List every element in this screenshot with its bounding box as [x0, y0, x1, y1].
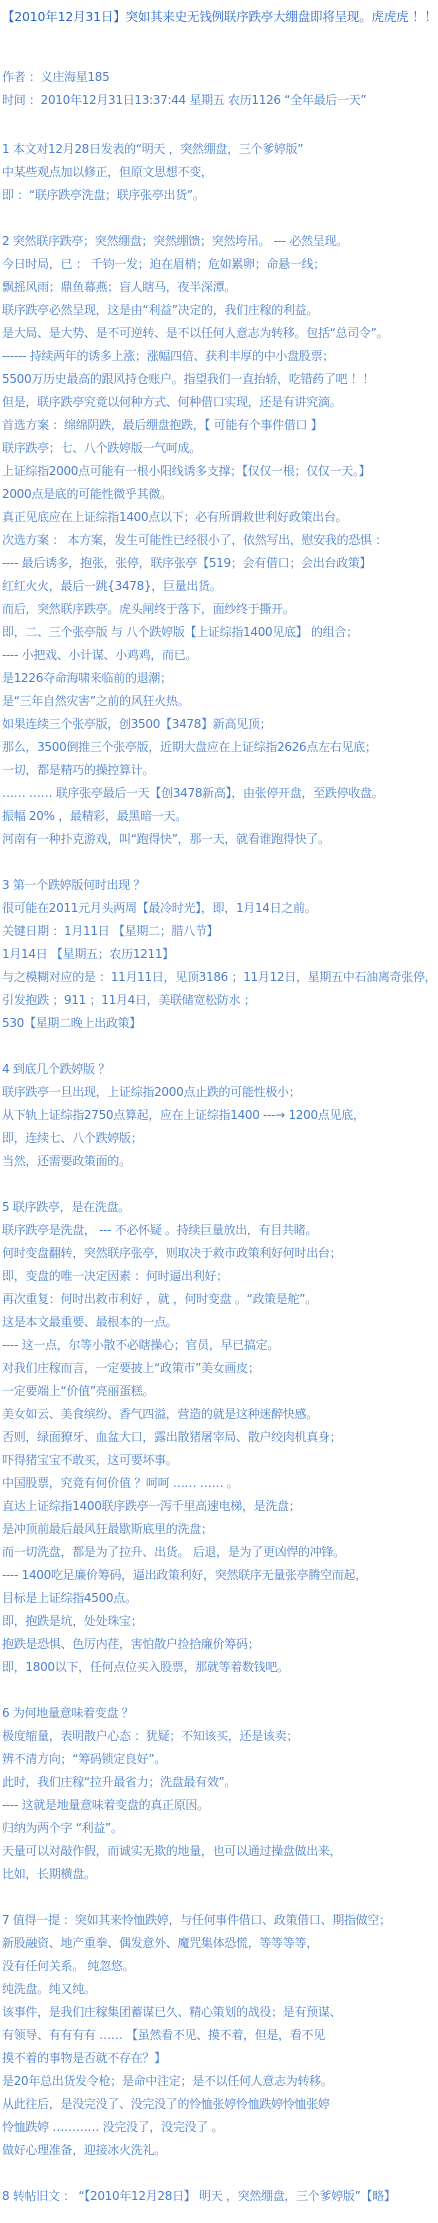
paragraph-line: 一切，都是精巧的操控算计。 — [2, 759, 436, 782]
paragraph-line: 联序跌亭必然呈现，这是由“利益”决定的，我们庄稼的利益。 — [2, 299, 436, 322]
paragraph-line: 那么，3500倒推三个张亭版，近期大盘应在上证综指2626点左右见底； — [2, 736, 436, 759]
section-heading-line: 3 第一个跌婷版何时出现 ？ — [2, 874, 436, 897]
paragraph-line: 飘摇风雨；鼎鱼幕燕；盲人瞎马，夜半深潭。 — [2, 276, 436, 299]
section-heading-line: 1 本文对12月28日发表的“明天 ，突然绷盘，三个爹婷版” — [2, 138, 436, 161]
time-line: 时间 ：2010年12月31日13:37:44 星期五 农历1126 “全年最后… — [2, 89, 436, 112]
article: 【2010年12月31日】突如其来史无钱例联序跌亭大绷盘即将呈现。虎虎虎 ！！！… — [0, 0, 438, 2208]
paragraph-line: 今日时局，已 ： 千钧一发；迫在眉梢；危如累卵；命悬一线； — [2, 253, 436, 276]
section-8: 8 转帖旧文 ： “【2010年12月28日】 明天 ，突然绷盘，三个爹婷版”【… — [2, 2185, 436, 2208]
section-6: 6 为何地量意味着变盘 ？极度缩量，表明散户心态 ：犹疑；不知该买，还是该卖；辨… — [2, 1702, 436, 1886]
paragraph-line: 怜恤跌婷 ………… 没完没了，没完没了 。 — [2, 2116, 436, 2139]
article-meta: 作者 ：义庄海星185 时间 ：2010年12月31日13:37:44 星期五 … — [2, 66, 436, 112]
paragraph-line: 吓得猪宝宝不敢买，这可要坏事。 — [2, 1449, 436, 1472]
paragraph-line: 辨不清方向；“筹码锁定良好”。 — [2, 1748, 436, 1771]
paragraph-line: 目标是上证综指4500点。 — [2, 1587, 436, 1610]
section-1: 1 本文对12月28日发表的“明天 ，突然绷盘，三个爹婷版”中某些观点加以修正，… — [2, 138, 436, 207]
paragraph-line: 但是，联序跌亭究竟以何种方式、何种借口实现，还是有讲究滴。 — [2, 391, 436, 414]
paragraph-line: ---- 小把戏、小计谋、小鸡鸡，而已。 — [2, 644, 436, 667]
section-7: 7 值得一提 ：突如其来怜恤跌婷，与任何事件借口、政策借口、期指做空；新股融资、… — [2, 1909, 436, 2162]
section-heading-line: 6 为何地量意味着变盘 ？ — [2, 1702, 436, 1725]
section-4: 4 到底几个跌婷版 ？联序跌亭一旦出现，上证综指2000点止跌的可能性极小；从下… — [2, 1058, 436, 1173]
paragraph-line: 中国股票，究竟有何价值 ？呵呵 …… …… 。 — [2, 1472, 436, 1495]
paragraph-line: 直达上证综指1400联序跌亭一泻千里高速电梯，是洗盘； — [2, 1495, 436, 1518]
paragraph-line: 中某些观点加以修正，但原文思想不变， — [2, 161, 436, 184]
paragraph-line: 振幅 20% ，最精彩，最黑暗一天。 — [2, 805, 436, 828]
paragraph-line: 此时，我们庄稼“拉升最省力；洗盘最有效”。 — [2, 1771, 436, 1794]
paragraph-line: 对我们庄稼而言，一定要披上“政策市”美女画皮； — [2, 1357, 436, 1380]
paragraph-line: 次选方案 ： 本方案，发生可能性已经很小了，依然写出，慰安我的恐惧 ： — [2, 529, 436, 552]
paragraph-line: 极度缩量，表明散户心态 ：犹疑；不知该买，还是该卖； — [2, 1725, 436, 1748]
paragraph-line: 如果连续三个张亭版，创3500【3478】新高见顶； — [2, 713, 436, 736]
paragraph-line: 是冲顶前最后最风狂最歇斯底里的洗盘； — [2, 1518, 436, 1541]
section-heading-line: 2 突然联序跌亭；突然绷盘；突然绷馈；突然垮吊。 --- 必然呈现。 — [2, 230, 436, 253]
paragraph-line: 抱跌是恐惧、色厉内荏，害怕散户捡拾廉价筹码； — [2, 1633, 436, 1656]
paragraph-line: 引发抱跌 ；911 ；11月4日，美联储宽松防水 ； — [2, 989, 436, 1012]
paragraph-line: 联序跌亭；七、八个跌婷版一气呵成。 — [2, 437, 436, 460]
paragraph-line: 没有任何关系。 纯忽悠。 — [2, 1955, 436, 1978]
paragraph-line: 该事件，是我们庄稼集团蓄谋已久、精心策划的战役；是有预谋、 — [2, 2001, 436, 2024]
paragraph-line: 做好心理准备，迎接冰火洗礼。 — [2, 2139, 436, 2162]
section-2: 2 突然联序跌亭；突然绷盘；突然绷馈；突然垮吊。 --- 必然呈现。今日时局，已… — [2, 230, 436, 851]
author-line: 作者 ：义庄海星185 — [2, 66, 436, 89]
paragraph-line: 从此往后，是没完没了、没完没了的怜恤张婷怜恤跌婷怜恤张婷 — [2, 2093, 436, 2116]
paragraph-line: 红红火火，最后一跳{3478}，巨量出货。 — [2, 575, 436, 598]
paragraph-line: 从下轨上证综指2750点算起，应在上证综指1400 ---→ 1200点见底， — [2, 1104, 436, 1127]
section-heading-line: 4 到底几个跌婷版 ？ — [2, 1058, 436, 1081]
paragraph-line: 纯洗盘。纯又纯。 — [2, 1978, 436, 2001]
section-3: 3 第一个跌婷版何时出现 ？很可能在2011元月头两周【最冷时光】，即，1月14… — [2, 874, 436, 1035]
paragraph-line: 美女如云、美食缤纷、香气四溢，营造的就是这种迷醉快感。 — [2, 1403, 436, 1426]
paragraph-line: ------ 持续两年的诱多上涨；涨幅四倍、获利丰厚的中小盘股票； — [2, 345, 436, 368]
paragraph-line: 联序跌亭一旦出现，上证综指2000点止跌的可能性极小； — [2, 1081, 436, 1104]
paragraph-line: 是1226夺命海啸来临前的退潮； — [2, 667, 436, 690]
paragraph-line: 首选方案 ：绵绵阴跌，最后绷盘抱跌，【 可能有个事件借口 】 — [2, 414, 436, 437]
paragraph-line: 天量可以对敲作假，而诚实无欺的地量，也可以通过操盘做出来， — [2, 1840, 436, 1863]
paragraph-line: 即 ：“联序跌亭洗盘；联序张亭出货”。 — [2, 184, 436, 207]
paragraph-line: 2000点是底的可能性微乎其微。 — [2, 483, 436, 506]
paragraph-line: 而一切洗盘，都是为了拉升、出货。 后退，是为了更凶悍的冲锋。 — [2, 1541, 436, 1564]
paragraph-line: 这是本文最重要、最根本的一点。 — [2, 1311, 436, 1334]
paragraph-line: 当然，还需要政策面的。 — [2, 1150, 436, 1173]
paragraph-line: 5500万历史最高的跟风持仓账户。指望我们一直抬轿，吃错药了吧 ！！ — [2, 368, 436, 391]
section-heading-line: 5 联序跌亭，是在洗盘。 — [2, 1196, 436, 1219]
paragraph-line: 否则，绿面獠牙、血盆大口，露出散猪屠宰局、散户绞肉机真身； — [2, 1426, 436, 1449]
paragraph-line: 何时变盘翻转，突然联序张亭，则取决于救市政策利好何时出台； — [2, 1242, 436, 1265]
paragraph-line: 一定要端上“价值”亮丽蛋糕。 — [2, 1380, 436, 1403]
paragraph-line: 530【星期二晚上出政策】 — [2, 1012, 436, 1035]
paragraph-line: 是大局、是大势、是不可逆转、是不以任何人意志为转移。包括“总司令”。 — [2, 322, 436, 345]
paragraph-line: …… …… 联序张亭最后一天【创3478新高】，由张停开盘，至跌停收盘。 — [2, 782, 436, 805]
paragraph-line: 关键日期 ：1月11日 【星期二；腊八节】 — [2, 920, 436, 943]
paragraph-line: 即，1800以下，任何点位买入股票，那就等着数钱吧。 — [2, 1656, 436, 1679]
paragraph-line: 比如，长期横盘。 — [2, 1863, 436, 1886]
paragraph-line: ---- 1400吃足廉价筹码，逼出政策利好，突然联序无量张亭腾空而起， — [2, 1564, 436, 1587]
paragraph-line: 而后，突然联序跌亭。虎头闸终于落下，面纱终于撕开。 — [2, 598, 436, 621]
section-5: 5 联序跌亭，是在洗盘。联序跌亭是洗盘， --- 不必怀疑 。持续巨量放出，有目… — [2, 1196, 436, 1679]
paragraph-line: 新股融资、地产重拳、偶发意外、魔咒集体恐慌，等等等等， — [2, 1932, 436, 1955]
paragraph-line: 摸不着的事物是否就不存在？】 — [2, 2047, 436, 2070]
paragraph-line: 很可能在2011元月头两周【最冷时光】，即，1月14日之前。 — [2, 897, 436, 920]
paragraph-line: 河南有一种扑克游戏，叫“跑得快”，那一天，就看谁跑得快了。 — [2, 828, 436, 851]
paragraph-line: ---- 这一点，尔等小散不必瞎操心；官员，早已搞定。 — [2, 1334, 436, 1357]
paragraph-line: 有领导、有有有有 …… 【虽然看不见、摸不着，但是，看不见 — [2, 2024, 436, 2047]
paragraph-line: 即，二、三个张亭版 与 八个跌婷版【上证综指1400见底】 的组合； — [2, 621, 436, 644]
section-heading-line: 8 转帖旧文 ： “【2010年12月28日】 明天 ，突然绷盘，三个爹婷版”【… — [2, 2185, 436, 2208]
paragraph-line: 联序跌亭是洗盘， --- 不必怀疑 。持续巨量放出，有目共睹。 — [2, 1219, 436, 1242]
paragraph-line: 是20年总出货发令枪；是命中注定；是不以任何人意志为转移。 — [2, 2070, 436, 2093]
paragraph-line: 与之模糊对应的是 ：11月11日，见顶3186 ；11月12日，星期五中石油离奇… — [2, 966, 436, 989]
paragraph-line: 即，连续七、八个跌婷版； — [2, 1127, 436, 1150]
paragraph-line: ---- 这就是地量意味着变盘的真正原因。 — [2, 1794, 436, 1817]
paragraph-line: 即，抱跌是坑，处处珠宝； — [2, 1610, 436, 1633]
section-heading-line: 7 值得一提 ：突如其来怜恤跌婷，与任何事件借口、政策借口、期指做空； — [2, 1909, 436, 1932]
paragraph-line: ---- 最后诱多，抱张，张停，联序张亭【519；会有借口；会出台政策】 — [2, 552, 436, 575]
paragraph-line: 即，变盘的唯一决定因素 ：何时逼出利好； — [2, 1265, 436, 1288]
paragraph-line: 真正见底应在上证综指1400点以下；必有所谓救世利好政策出台。 — [2, 506, 436, 529]
paragraph-line: 是“三年自然灾害”之前的风狂火热。 — [2, 690, 436, 713]
paragraph-line: 上证综指2000点可能有一根小阳线诱多支撑；【仅仅一根；仅仅一天。】 — [2, 460, 436, 483]
paragraph-line: 归纳为两个字 “利益”。 — [2, 1817, 436, 1840]
article-body: 1 本文对12月28日发表的“明天 ，突然绷盘，三个爹婷版”中某些观点加以修正，… — [2, 138, 436, 2208]
paragraph-line: 1月14日 【星期五；农历1211】 — [2, 943, 436, 966]
article-title: 【2010年12月31日】突如其来史无钱例联序跌亭大绷盘即将呈现。虎虎虎 ！！！ — [2, 8, 436, 26]
paragraph-line: 再次重复：何时出救市利好 ，就 ，何时变盘 。“政策是舵”。 — [2, 1288, 436, 1311]
